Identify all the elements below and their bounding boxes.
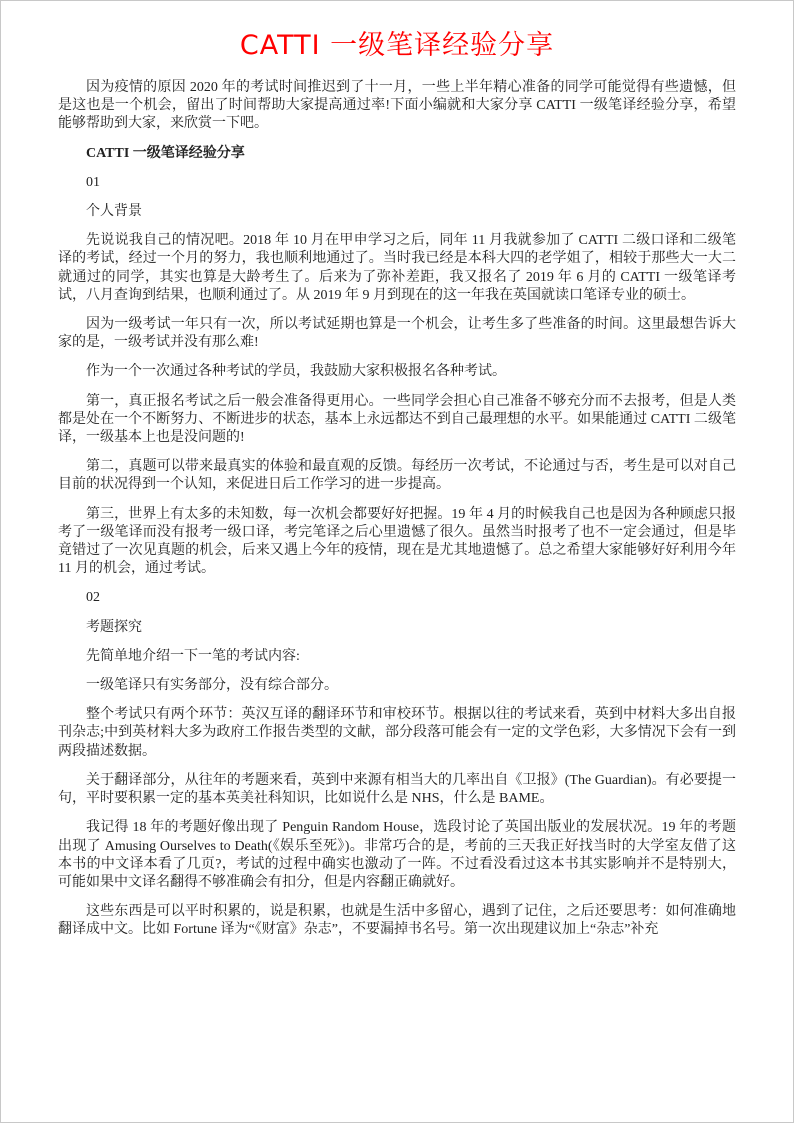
document-body: 因为疫情的原因 2020 年的考试时间推迟到了十一月，一些上半年精心准备的同学可… [58, 79, 736, 940]
point-3-paragraph: 第三，世界上有太多的未知数，每一次机会都要好好把握。19 年 4 月的时候我自己… [58, 506, 736, 579]
section-02-title: 考题探究 [58, 619, 736, 637]
point-2-paragraph: 第二，真题可以带来最真实的体验和最直观的反馈。每经历一次考试，不论通过与否，考生… [58, 458, 736, 494]
subtitle-heading: CATTI 一级笔译经验分享 [58, 145, 736, 163]
intro-paragraph: 因为疫情的原因 2020 年的考试时间推迟到了十一月，一些上半年精心准备的同学可… [58, 79, 736, 134]
section-01-title: 个人背景 [58, 203, 736, 221]
encourage-paragraph: 作为一个一次通过各种考试的学员，我鼓励大家积极报名各种考试。 [58, 363, 736, 381]
exam-delay-paragraph: 因为一级考试一年只有一次，所以考试延期也算是一个机会，让考生多了些准备的时间。这… [58, 316, 736, 352]
point-1-paragraph: 第一，真正报名考试之后一般会准备得更用心。一些同学会担心自己准备不够充分而不去报… [58, 393, 736, 448]
exam-content-intro-paragraph: 先简单地介绍一下一笔的考试内容: [58, 648, 736, 666]
section-02-number: 02 [58, 589, 736, 607]
practical-only-paragraph: 一级笔译只有实务部分，没有综合部分。 [58, 677, 736, 695]
past-exam-topics-paragraph: 我记得 18 年的考题好像出现了 Penguin Random House，选段… [58, 819, 736, 892]
document-page: CATTI 一级笔译经验分享 因为疫情的原因 2020 年的考试时间推迟到了十一… [0, 0, 794, 1123]
section-01-number: 01 [58, 174, 736, 192]
translation-source-paragraph: 关于翻译部分，从往年的考题来看，英到中来源有相当大的几率出自《卫报》(The G… [58, 772, 736, 808]
exam-structure-paragraph: 整个考试只有两个环节：英汉互译的翻译环节和审校环节。根据以往的考试来看，英到中材… [58, 706, 736, 761]
page-title: CATTI 一级笔译经验分享 [1, 29, 793, 63]
personal-background-paragraph: 先说说我自己的情况吧。2018 年 10 月在甲申学习之后，同年 11 月我就参… [58, 232, 736, 305]
accumulation-paragraph: 这些东西是可以平时积累的，说是积累，也就是生活中多留心，遇到了记住，之后还要思考… [58, 903, 736, 939]
